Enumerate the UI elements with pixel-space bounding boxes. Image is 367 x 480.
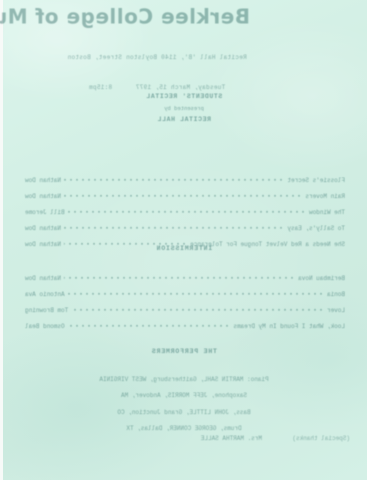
- performer-line: Saxophone, JEFF MORRIS, Andover, MA: [1, 388, 367, 404]
- masthead-logo: Berklee College of Music: [10, 5, 250, 28]
- artist-name: Nathan Dow: [25, 175, 61, 187]
- paper-sheet: Berklee College of Music Recital Hall 'B…: [3, 0, 367, 480]
- artist-name: Tom Browning: [25, 305, 68, 317]
- song-title: Rain Movers: [305, 191, 345, 203]
- song-title: Flossie's Secret: [287, 175, 345, 187]
- program-list-first-half: Flossie's Secret Nathan Dow Rain Movers …: [25, 170, 345, 251]
- program-row: Bonia Antonio Ava: [25, 284, 345, 300]
- song-title: Bonia: [327, 289, 345, 301]
- artist-name: Osmond Beal: [25, 321, 65, 333]
- artist-name: Bill Jerome: [25, 207, 65, 219]
- dot-leader: [64, 186, 302, 198]
- performers-list: Piano: MARTIN SAHL, Gaithersburg, WEST V…: [1, 372, 367, 437]
- recital-title: STUDENTS' RECITAL: [1, 91, 367, 103]
- program-row: To Sally's, Easy Nathan Dow: [25, 219, 345, 235]
- program-row: Flossie's Secret Nathan Dow: [25, 170, 345, 186]
- artist-name: Antonio Ava: [25, 289, 65, 301]
- dot-leader: [64, 268, 295, 280]
- performers-heading: THE PERFORMERS: [1, 347, 367, 357]
- dot-leader: [64, 219, 284, 231]
- program-row: Lover Tom Browning: [25, 300, 345, 316]
- program-row: Look, What I Found In My Dreams Osmond B…: [25, 317, 345, 333]
- dot-leader: [68, 317, 231, 329]
- recital-heading-block: STUDENTS' RECITAL presented by RECITAL H…: [1, 91, 367, 125]
- venue-line: RECITAL HALL: [1, 114, 367, 125]
- song-title: To Sally's, Easy: [287, 223, 345, 235]
- address-line: Recital Hall 'B', 1140 Boylston Street, …: [7, 53, 307, 63]
- scanned-page: Berklee College of Music Recital Hall 'B…: [0, 0, 367, 480]
- song-title: Lover: [327, 305, 345, 317]
- song-title: Look, What I Found In My Dreams: [233, 321, 345, 333]
- performer-line: Bass, JOHN LITTLE, Grand Junction, CO: [1, 405, 367, 421]
- program-row: The Window Bill Jerome: [25, 202, 345, 218]
- dot-leader: [68, 284, 324, 296]
- program-row: Berimbau Nova Nathan Dow: [25, 268, 345, 284]
- performer-line: Piano: MARTIN SAHL, Gaithersburg, WEST V…: [1, 372, 367, 388]
- dot-leader: [64, 170, 284, 182]
- dot-leader: [71, 300, 324, 312]
- acknowledged-name: Mrs. MARTHA SALLE: [201, 434, 262, 443]
- special-thanks-note: (Special thanks): [292, 434, 350, 443]
- program-list-second-half: Berimbau Nova Nathan Dow Bonia Antonio A…: [25, 268, 345, 333]
- artist-name: Nathan Dow: [25, 223, 61, 235]
- dot-leader: [68, 202, 306, 214]
- artist-name: Nathan Dow: [25, 191, 61, 203]
- mirrored-showthrough-print: Berklee College of Music Recital Hall 'B…: [3, 0, 367, 480]
- artist-name: Nathan Dow: [25, 273, 61, 285]
- program-row: Rain Movers Nathan Dow: [25, 186, 345, 202]
- song-title: Berimbau Nova: [298, 273, 345, 285]
- song-title: The Window: [309, 207, 345, 219]
- presented-by-line: presented by: [1, 103, 367, 114]
- intermission-heading: INTERMISSION: [1, 244, 367, 254]
